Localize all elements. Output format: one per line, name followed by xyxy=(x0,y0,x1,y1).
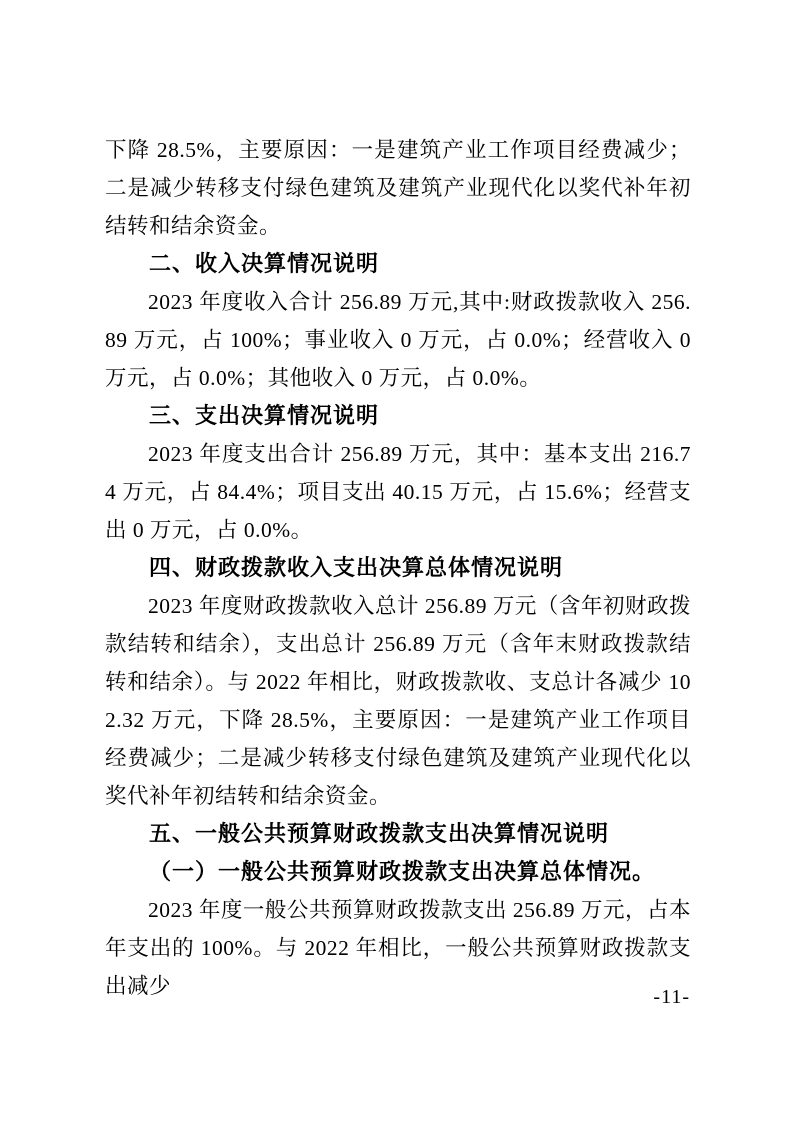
heading-section-4-fiscal-appropriation: 四、财政拨款收入支出决算总体情况说明 xyxy=(105,549,691,587)
heading-section-5-general-public-budget: 五、一般公共预算财政拨款支出决算情况说明 xyxy=(105,815,691,853)
paragraph-decline-reason-continued: 下降 28.5%，主要原因：一是建筑产业工作项目经费减少；二是减少转移支付绿色建… xyxy=(105,131,691,245)
subheading-5-1-overall-situation: （一）一般公共预算财政拨款支出决算总体情况。 xyxy=(105,853,691,891)
heading-section-2-income: 二、收入决算情况说明 xyxy=(105,245,691,283)
document-page: 下降 28.5%，主要原因：一是建筑产业工作项目经费减少；二是减少转移支付绿色建… xyxy=(0,0,793,1122)
page-number: -11- xyxy=(653,984,690,1010)
paragraph-fiscal-appropriation-summary: 2023 年度财政拨款收入总计 256.89 万元（含年初财政拨款结转和结余），… xyxy=(105,587,691,815)
paragraph-income-summary: 2023 年度收入合计 256.89 万元,其中:财政拨款收入 256.89 万… xyxy=(105,283,691,397)
heading-section-3-expenditure: 三、支出决算情况说明 xyxy=(105,397,691,435)
paragraph-expenditure-summary: 2023 年度支出合计 256.89 万元，其中：基本支出 216.74 万元，… xyxy=(105,435,691,549)
document-content: 下降 28.5%，主要原因：一是建筑产业工作项目经费减少；二是减少转移支付绿色建… xyxy=(105,131,691,1005)
paragraph-general-public-budget-summary: 2023 年度一般公共预算财政拨款支出 256.89 万元，占本年支出的 100… xyxy=(105,891,691,1005)
